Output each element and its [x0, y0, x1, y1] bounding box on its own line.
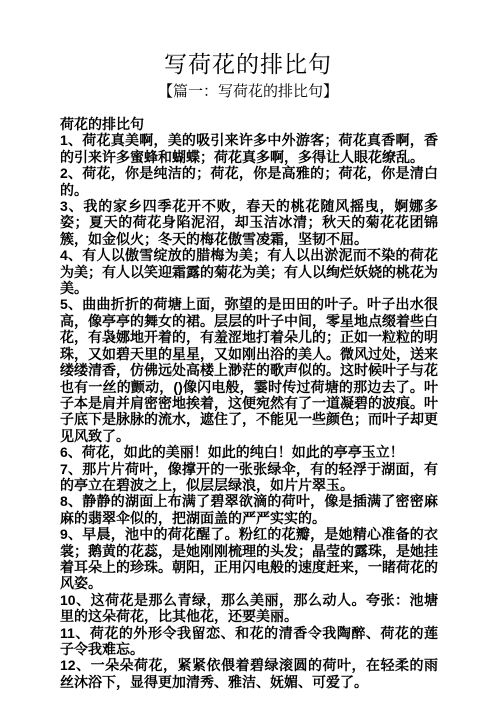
paragraph-2: 2、荷花，你是纯洁的；荷花，你是高雅的；荷花，你是清白的。	[60, 165, 438, 198]
paragraph-7: 7、那片片荷叶，像撑开的一张张绿伞，有的轻浮于湖面，有的亭立在碧波之上，似层层绿…	[60, 461, 438, 494]
paragraph-11: 11、荷花的外形令我留恋、和花的清香令我陶醉、荷花的莲子令我难忘。	[60, 625, 438, 658]
page-title: 写荷花的排比句	[0, 0, 496, 80]
page-subtitle: 【篇一：写荷花的排比句】	[0, 82, 496, 102]
paragraph-3: 3、我的家乡四季花开不败，春天的桃花随风摇曳，婀娜多姿；夏天的荷花身陷泥沼，却玉…	[60, 198, 438, 247]
paragraph-4: 4、有人以傲雪绽放的腊梅为美；有人以出淤泥而不染的荷花为美；有人以笑迎霜露的菊花…	[60, 247, 438, 296]
paragraph-12: 12、一朵朵荷花，紧紧依偎着碧绿滚圆的荷叶，在轻柔的雨丝沐浴下，显得更加清秀、雅…	[60, 657, 438, 690]
section-heading: 荷花的排比句	[60, 116, 438, 132]
document-page: 写荷花的排比句 【篇一：写荷花的排比句】 荷花的排比句 1、荷花真美啊，美的吸引…	[0, 0, 496, 702]
document-body: 荷花的排比句 1、荷花真美啊，美的吸引来许多中外游客；荷花真香啊，香的引来许多蜜…	[60, 116, 438, 690]
paragraph-5: 5、曲曲折折的荷塘上面，弥望的是田田的叶子。叶子出水很高，像亭亭的舞女的裙。层层…	[60, 296, 438, 444]
paragraph-10: 10、这荷花是那么青绿，那么美丽，那么动人。夸张：池塘里的这朵荷花，比其他花，还…	[60, 592, 438, 625]
paragraph-8: 8、静静的湖面上布满了碧翠欲滴的荷叶，像是插满了密密麻麻的翡翠伞似的，把湖面盖的…	[60, 493, 438, 526]
paragraph-1: 1、荷花真美啊，美的吸引来许多中外游客；荷花真香啊，香的引来许多蜜蜂和蝴蝶；荷花…	[60, 132, 438, 165]
paragraph-9: 9、早晨，池中的荷花醒了。粉红的花瓣，是她精心准备的衣裳；鹅黄的花蕊，是她刚刚梳…	[60, 526, 438, 592]
paragraph-6: 6、荷花，如此的美丽！如此的纯白！如此的亭亭玉立！	[60, 444, 438, 460]
